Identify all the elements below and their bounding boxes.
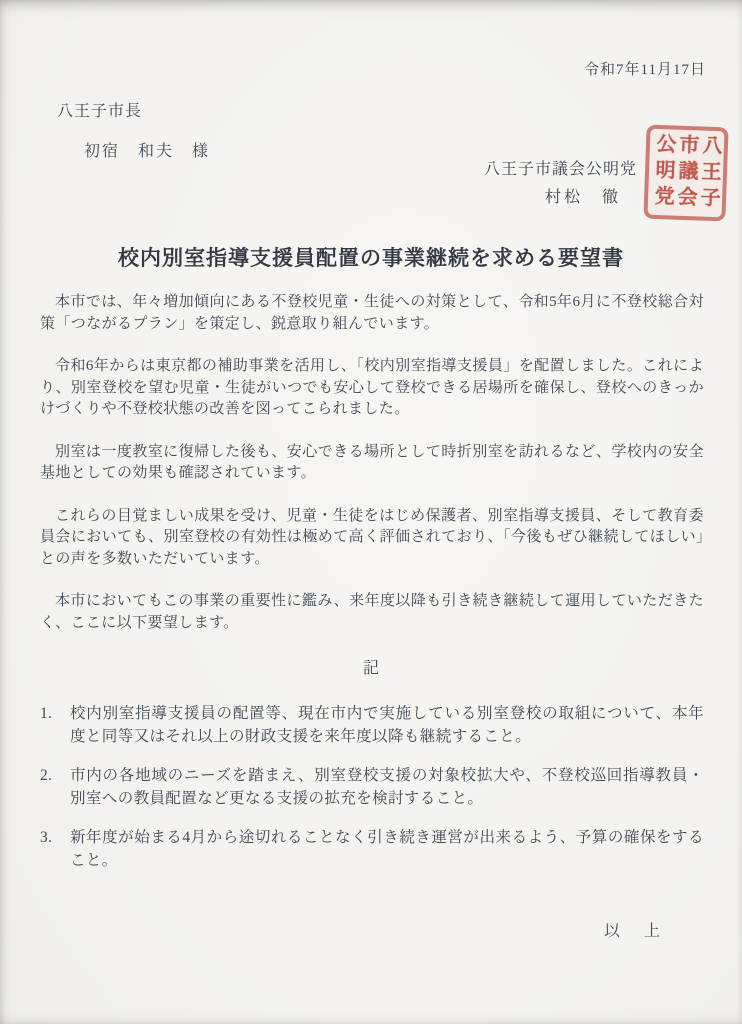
paragraph-2: 令和6年からは東京都の補助事業を活用し、「校内別室指導支援員」を配置しました。こ… [40,356,704,421]
document-body: 本市では、年々増加傾向にある不登校児童・生徒への対策として、令和5年6月に不登校… [40,292,704,941]
recipient-name: 初宿 和夫 様 [84,138,210,161]
seal-column-middle: 市議会 [675,134,698,213]
recipient-title: 八王子市長 [57,98,142,121]
sender-name: 村松 徹 [545,184,621,207]
item-text: 市内の各地域のニーズを踏まえ、別室登校支援の対象校拡大や、不登校巡回指導教員・別… [70,764,704,810]
item-number: 2. [40,764,70,810]
request-item-3: 3. 新年度が始まる4月から途切れることなく引き続き運営が出来るよう、予算の確保… [40,826,704,872]
request-item-2: 2. 市内の各地域のニーズを踏まえ、別室登校支援の対象校拡大や、不登校巡回指導教… [40,764,704,810]
paragraph-1: 本市では、年々増加傾向にある不登校児童・生徒への対策として、令和5年6月に不登校… [40,292,704,335]
item-text: 校内別室指導支援員の配置等、現在市内で実施している別室登校の取組について、本年度… [70,702,704,748]
section-marker-ki: 記 [40,655,704,678]
paragraph-4: これらの目覚ましい成果を受け、児童・生徒をはじめ保護者、別室指導支援員、そして教… [40,506,704,571]
document-page: 令和7年11月17日 八王子市長 初宿 和夫 様 八王子市議会公明党 村松 徹 … [0,0,742,1024]
request-item-1: 1. 校内別室指導支援員の配置等、現在市内で実施している別室登校の取組について、… [40,702,704,748]
closing-mark: 以 上 [40,918,704,941]
paragraph-5: 本市においてもこの事業の重要性に鑑み、来年度以降も引き続き継続して運用していただ… [40,591,704,634]
document-title: 校内別室指導支援員配置の事業継続を求める要望書 [0,242,742,272]
sender-organization: 八王子市議会公明党 [484,156,637,179]
item-number: 1. [40,702,70,748]
red-seal-stamp: 八王子 市議会 公明党 [643,125,728,222]
item-text: 新年度が始まる4月から途切れることなく引き続き運営が出来るよう、予算の確保をする… [70,826,704,872]
item-number: 3. [40,826,70,872]
date-line: 令和7年11月17日 [584,58,706,79]
paragraph-3: 別室は一度教室に復帰した後も、安心できる場所として時折別室を訪れるなど、学校内の… [40,442,704,485]
request-list: 1. 校内別室指導支援員の配置等、現在市内で実施している別室登校の取組について、… [40,702,704,872]
seal-column-right: 八王子 [698,134,721,213]
seal-column-left: 公明党 [652,133,675,212]
